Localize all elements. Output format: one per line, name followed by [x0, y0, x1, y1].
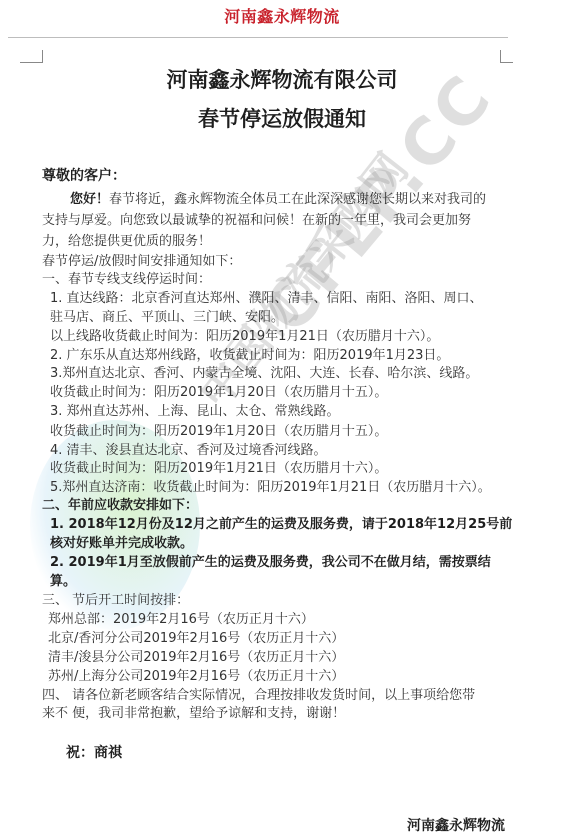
section1-line: 收货截止时间为：阳历2019年1月20日（农历腊月十五）。 — [50, 420, 387, 439]
intro-line-3: 力，给您提供更优质的服务！ — [42, 230, 211, 249]
section1-line: 收货截止时间为：阳历2019年1月20日（农历腊月十五）。 — [50, 381, 387, 400]
intro-line-1-text: 春节将近，鑫永辉物流全体员工在此深深感谢您长期以来对我司的 — [109, 192, 486, 207]
section1-line: 以上线路收货截止时间为：阳历2019年1月21日（农历腊月十六）。 — [50, 325, 439, 344]
section2-line: 2. 2019年1月至放假前产生的运费及服务费，我公司不在做月结，需按票结 — [50, 551, 491, 570]
section1-line: 收货截止时间为：阳历2019年1月21日（农历腊月十六）。 — [50, 457, 387, 476]
closing-greeting: 祝：商祺 — [66, 742, 122, 762]
section3-line: 苏州/上海分公司2019年2月16号（农历正月十六） — [48, 665, 344, 684]
section2-line: 算。 — [50, 570, 76, 589]
section4-line-2: 来不 便，我司非常抱歉，望给予谅解和支持，谢谢！ — [42, 702, 345, 721]
signature: 河南鑫永辉物流 — [407, 815, 505, 835]
section3-line: 清丰/浚县分公司2019年2月16号（农历正月十六） — [48, 646, 344, 665]
section1-heading: 一、春节专线支线停运时间： — [42, 268, 211, 287]
intro-line-1: 您好！春节将近，鑫永辉物流全体员工在此深深感谢您长期以来对我司的 — [70, 188, 486, 207]
section1-line: 驻马店、商丘、平顶山、三门峡、安阳。 — [50, 306, 284, 325]
section3-heading: 三、 节后开工时间按排： — [42, 589, 189, 608]
intro-line-2: 支持与厚爱。向您致以最诚挚的祝福和问候！在新的一年里，我司会更加努 — [42, 209, 471, 228]
section1-line: 3.郑州直达北京、香河、内蒙古全境、沈阳、大连、长春、哈尔滨、线路。 — [50, 362, 478, 381]
salutation: 尊敬的客户： — [42, 165, 126, 185]
notice-document: 河南鑫永辉物流有限公司 春节停运放假通知 尊敬的客户： 您好！春节将近，鑫永辉物… — [0, 0, 564, 837]
section1-line: 3. 郑州直达苏州、上海、昆山、太仓、常熟线路。 — [50, 400, 340, 419]
greeting: 您好！ — [70, 192, 109, 207]
section1-line: 4. 清丰、浚县直达北京、香河及过境香河线路。 — [50, 439, 327, 458]
notice-title: 春节停运放假通知 — [0, 103, 564, 133]
section1-line: 5.郑州直达济南：收货截止时间为：阳历2019年1月21日（农历腊月十六）。 — [50, 476, 491, 495]
section2-heading: 二、年前应收款安排如下： — [42, 494, 198, 513]
section3-line: 北京/香河分公司2019年2月16号（农历正月十六） — [48, 627, 344, 646]
section1-line: 2. 广东乐从直达郑州线路，收货截止时间为：阳历2019年1月23日。 — [50, 344, 449, 363]
section2-line: 核对好账单并完成收款。 — [50, 532, 193, 551]
intro-line-4: 春节停运/放假时间安排通知如下： — [42, 250, 241, 269]
section2-line: 1. 2018年12月份及12月之前产生的运费及服务费，请于2018年12月25… — [50, 513, 512, 532]
section4-line-1: 四、 请各位新老顾客结合实际情况，合理按排收发货时间，以上事项给您带 — [42, 684, 475, 703]
section3-line: 郑州总部：2019年2月16号（农历正月十六） — [48, 608, 314, 627]
company-title: 河南鑫永辉物流有限公司 — [0, 64, 564, 94]
section1-line: 1. 直达线路：北京香河直达郑州、濮阳、清丰、信阳、南阳、洛阳、周口、 — [50, 287, 483, 306]
